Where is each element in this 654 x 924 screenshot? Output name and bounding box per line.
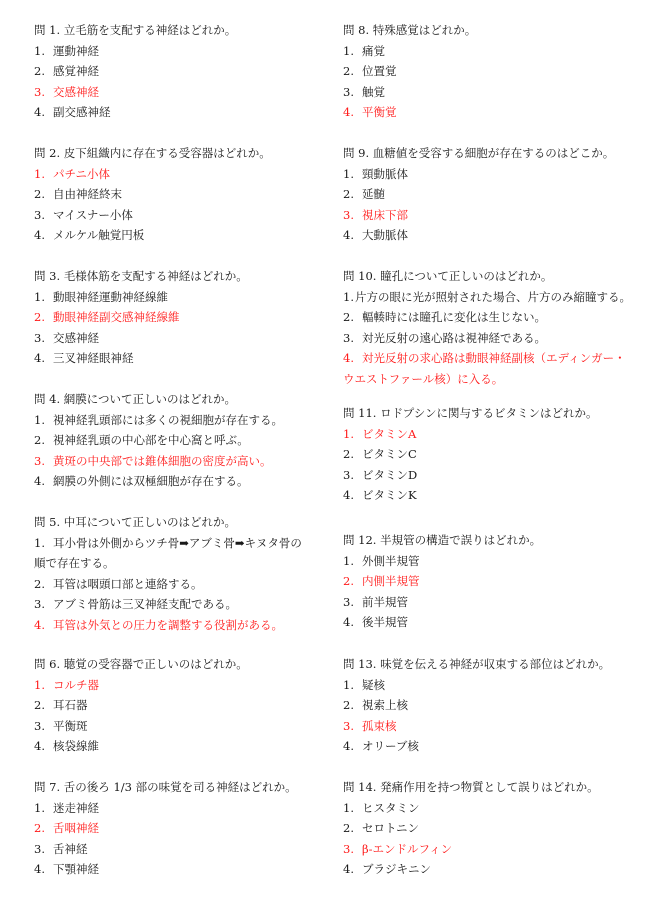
option-2: 2.延髄	[343, 184, 643, 205]
option-text: 迷走神経	[53, 798, 99, 819]
option-text: 網膜の外側には双極細胞が存在する。	[53, 471, 249, 492]
option-number: 3.	[34, 839, 53, 860]
option-text: 下顎神経	[53, 859, 99, 880]
option-text: 交感神経	[53, 328, 99, 349]
option-text: 耳石器	[53, 695, 88, 716]
option-text: 交感神経	[53, 82, 99, 103]
option-4: 4.網膜の外側には双極細胞が存在する。	[34, 471, 326, 492]
option-number: 2.	[34, 430, 53, 451]
option-number: 4.	[34, 471, 53, 492]
option-4: 4.メルケル触覚円板	[34, 225, 326, 246]
question-6: 問 6. 聴覚の受容器で正しいのはどれか。 1.コルチ器 2.耳石器 3.平衡斑…	[34, 654, 326, 757]
option-number: 3.	[343, 328, 362, 349]
option-text: 感覚神経	[53, 61, 99, 82]
option-text: 耳管は咽頭口部と連絡する。	[53, 574, 203, 595]
option-3: 3.マイスナー小体	[34, 205, 326, 226]
option-4: 4.後半規管	[343, 612, 643, 633]
option-1-correct: 1.ビタミンA	[343, 424, 643, 445]
option-text: 三叉神経眼神経	[53, 348, 134, 369]
option-1: 1.片方の眼に光が照射された場合、片方のみ縮瞳する。	[343, 287, 643, 308]
option-2: 2.セロトニン	[343, 818, 643, 839]
option-3-correct: 3.孤束核	[343, 716, 643, 737]
option-3: 3.前半規管	[343, 592, 643, 613]
option-text: ビタミンA	[362, 424, 416, 445]
option-text: 耳管は外気との圧力を調整する役割がある。	[53, 615, 283, 636]
option-text: 外側半規管	[362, 551, 420, 572]
option-number: 1.	[343, 164, 362, 185]
question-12: 問 12. 半規管の構造で誤りはどれか。 1.外側半規管 2.内側半規管 3.前…	[343, 530, 643, 633]
option-number: 1.	[343, 675, 362, 696]
option-text: オリーブ核	[362, 736, 419, 757]
option-1-correct: 1.パチニ小体	[34, 164, 326, 185]
option-4: 4.三叉神経眼神経	[34, 348, 326, 369]
option-number: 1.	[34, 164, 53, 185]
option-number: 1.	[34, 533, 53, 554]
option-4: 4.大動脈体	[343, 225, 643, 246]
option-number: 3.	[343, 592, 362, 613]
question-heading: 問 4. 網膜について正しいのはどれか。	[34, 389, 326, 410]
option-text: 片方の眼に光が照射された場合、片方のみ縮瞳する。	[355, 287, 631, 308]
option-text: アブミ骨筋は三叉神経支配である。	[53, 594, 237, 615]
option-text: 内側半規管	[362, 571, 420, 592]
option-3: 3.舌神経	[34, 839, 326, 860]
option-3: 3.ビタミンD	[343, 465, 643, 486]
option-number: 4.	[34, 225, 53, 246]
option-2: 2.自由神経終末	[34, 184, 326, 205]
option-text: 輻輳時には瞳孔に変化は生じない。	[362, 307, 546, 328]
option-4: 4.オリーブ核	[343, 736, 643, 757]
option-text: 核袋線維	[53, 736, 99, 757]
option-2: 2.耳管は咽頭口部と連絡する。	[34, 574, 326, 595]
option-4: 4.下顎神経	[34, 859, 326, 880]
option-number: 2.	[343, 61, 362, 82]
option-number: 1.	[343, 41, 362, 62]
option-text: パチニ小体	[53, 164, 110, 185]
option-2-correct: 2.動眼神経副交感神経線維	[34, 307, 326, 328]
option-1: 1.痛覚	[343, 41, 643, 62]
option-number: 2.	[34, 307, 53, 328]
option-number: 2.	[343, 307, 362, 328]
option-1: 1.頸動脈体	[343, 164, 643, 185]
option-text: 自由神経終末	[53, 184, 122, 205]
question-1: 問 1. 立毛筋を支配する神経はどれか。 1.運動神経 2.感覚神経 3.交感神…	[34, 20, 326, 123]
option-3: 3.アブミ骨筋は三叉神経支配である。	[34, 594, 326, 615]
option-number: 3.	[343, 465, 362, 486]
option-number: 4.	[34, 348, 53, 369]
option-text: 黄斑の中央部では錐体細胞の密度が高い。	[53, 451, 272, 472]
option-number: 4.	[343, 348, 362, 369]
option-number: 2.	[343, 444, 362, 465]
option-number: 1.	[34, 675, 53, 696]
option-text: マイスナー小体	[53, 205, 133, 226]
option-text: 耳小骨は外側からツチ骨➡アブミ骨➡キヌタ骨の	[53, 533, 302, 554]
question-4: 問 4. 網膜について正しいのはどれか。 1.視神経乳頭部には多くの視細胞が存在…	[34, 389, 326, 492]
question-heading: 問 14. 発痛作用を持つ物質として誤りはどれか。	[343, 777, 643, 798]
option-text: 孤束核	[362, 716, 397, 737]
option-3: 3.対光反射の遠心路は視神経である。	[343, 328, 643, 349]
option-number: 1.	[343, 424, 362, 445]
option-text: 痛覚	[362, 41, 385, 62]
option-2-correct: 2.舌咽神経	[34, 818, 326, 839]
option-4-correct: 4.対光反射の求心路は動眼神経副核（エディンガー・	[343, 348, 643, 369]
question-heading: 問 2. 皮下組織内に存在する受容器はどれか。	[34, 143, 326, 164]
question-11: 問 11. ロドプシンに関与するビタミンはどれか。 1.ビタミンA 2.ビタミン…	[343, 403, 643, 506]
option-text: 触覚	[362, 82, 385, 103]
option-number: 2.	[343, 695, 362, 716]
question-7: 問 7. 舌の後ろ 1/3 部の味覚を司る神経はどれか。 1.迷走神経 2.舌咽…	[34, 777, 326, 880]
option-4-correct: 4.耳管は外気との圧力を調整する役割がある。	[34, 615, 326, 636]
option-text: 視神経乳頭の中心部を中心窩と呼ぶ。	[53, 430, 249, 451]
option-text: ヒスタミン	[362, 798, 420, 819]
option-3-correct: 3.視床下部	[343, 205, 643, 226]
option-3: 3.交感神経	[34, 328, 326, 349]
option-2: 2.視索上核	[343, 695, 643, 716]
option-1: 1.視神経乳頭部には多くの視細胞が存在する。	[34, 410, 326, 431]
option-number: 3.	[343, 205, 362, 226]
option-text: 舌神経	[53, 839, 88, 860]
option-number: 2.	[343, 818, 362, 839]
question-heading: 問 5. 中耳について正しいのはどれか。	[34, 512, 326, 533]
question-10: 問 10. 瞳孔について正しいのはどれか。 1.片方の眼に光が照射された場合、片…	[343, 266, 643, 390]
option-number: 4.	[343, 485, 362, 506]
option-text: β-エンドルフィン	[362, 839, 452, 860]
option-number: 4.	[34, 736, 53, 757]
option-text: 視神経乳頭部には多くの視細胞が存在する。	[53, 410, 283, 431]
option-text: 動眼神経副交感神経線維	[53, 307, 180, 328]
question-heading: 問 12. 半規管の構造で誤りはどれか。	[343, 530, 643, 551]
question-heading: 問 1. 立毛筋を支配する神経はどれか。	[34, 20, 326, 41]
question-heading: 問 11. ロドプシンに関与するビタミンはどれか。	[343, 403, 643, 424]
option-2: 2.ビタミンC	[343, 444, 643, 465]
option-number: 3.	[34, 716, 53, 737]
option-4-continuation: ウエストファール核）に入る。	[343, 369, 643, 390]
option-3: 3.平衡斑	[34, 716, 326, 737]
option-number: 3.	[34, 451, 53, 472]
option-text: 疑核	[362, 675, 385, 696]
option-text: メルケル触覚円板	[53, 225, 144, 246]
option-4: 4.副交感神経	[34, 102, 326, 123]
question-heading: 問 6. 聴覚の受容器で正しいのはどれか。	[34, 654, 326, 675]
option-number: 4.	[343, 225, 362, 246]
option-text: 平衡覚	[362, 102, 397, 123]
option-number: 4.	[343, 859, 362, 880]
option-2: 2.位置覚	[343, 61, 643, 82]
option-number: 1.	[34, 287, 53, 308]
option-number: 1.	[343, 551, 362, 572]
option-text: 平衡斑	[53, 716, 88, 737]
option-number: 4.	[343, 736, 362, 757]
option-number: 1.	[343, 287, 355, 308]
option-text: 舌咽神経	[53, 818, 99, 839]
option-number: 1.	[343, 798, 362, 819]
option-number: 3.	[34, 82, 53, 103]
option-1: 1.外側半規管	[343, 551, 643, 572]
option-1: 1.耳小骨は外側からツチ骨➡アブミ骨➡キヌタ骨の	[34, 533, 326, 554]
option-text: 運動神経	[53, 41, 99, 62]
option-4: 4.ブラジキニン	[343, 859, 643, 880]
option-number: 3.	[34, 205, 53, 226]
option-text: 後半規管	[362, 612, 408, 633]
option-1: 1.動眼神経運動神経線維	[34, 287, 326, 308]
option-text: 対光反射の遠心路は視神経である。	[362, 328, 546, 349]
option-number: 3.	[343, 82, 362, 103]
option-number: 4.	[34, 102, 53, 123]
option-2: 2.視神経乳頭の中心部を中心窩と呼ぶ。	[34, 430, 326, 451]
option-number: 4.	[343, 102, 362, 123]
option-number: 1.	[34, 410, 53, 431]
question-13: 問 13. 味覚を伝える神経が収束する部位はどれか。 1.疑核 2.視索上核 3…	[343, 654, 643, 757]
option-number: 2.	[34, 574, 53, 595]
option-2: 2.耳石器	[34, 695, 326, 716]
option-2: 2.感覚神経	[34, 61, 326, 82]
option-text: 視床下部	[362, 205, 408, 226]
option-number: 3.	[343, 839, 362, 860]
option-1: 1.運動神経	[34, 41, 326, 62]
option-1-continuation: 順で存在する。	[34, 553, 326, 574]
option-number: 4.	[34, 615, 53, 636]
option-text: セロトニン	[362, 818, 419, 839]
option-1: 1.疑核	[343, 675, 643, 696]
option-number: 3.	[34, 328, 53, 349]
question-heading: 問 8. 特殊感覚はどれか。	[343, 20, 643, 41]
option-number: 2.	[34, 818, 53, 839]
option-text: 位置覚	[362, 61, 397, 82]
option-1: 1.迷走神経	[34, 798, 326, 819]
option-number: 2.	[34, 61, 53, 82]
option-text: 副交感神経	[53, 102, 111, 123]
option-2: 2.輻輳時には瞳孔に変化は生じない。	[343, 307, 643, 328]
option-text: 対光反射の求心路は動眼神経副核（エディンガー・	[362, 348, 626, 369]
question-heading: 問 7. 舌の後ろ 1/3 部の味覚を司る神経はどれか。	[34, 777, 326, 798]
option-number: 2.	[343, 184, 362, 205]
question-heading: 問 3. 毛様体筋を支配する神経はどれか。	[34, 266, 326, 287]
option-number: 3.	[343, 716, 362, 737]
question-14: 問 14. 発痛作用を持つ物質として誤りはどれか。 1.ヒスタミン 2.セロトニ…	[343, 777, 643, 880]
question-2: 問 2. 皮下組織内に存在する受容器はどれか。 1.パチニ小体 2.自由神経終末…	[34, 143, 326, 246]
option-number: 2.	[343, 571, 362, 592]
option-4-correct: 4.平衡覚	[343, 102, 643, 123]
option-number: 4.	[343, 612, 362, 633]
option-text: 動眼神経運動神経線維	[53, 287, 168, 308]
option-2-correct: 2.内側半規管	[343, 571, 643, 592]
option-number: 1.	[34, 798, 53, 819]
question-8: 問 8. 特殊感覚はどれか。 1.痛覚 2.位置覚 3.触覚 4.平衡覚	[343, 20, 643, 123]
question-heading: 問 13. 味覚を伝える神経が収束する部位はどれか。	[343, 654, 643, 675]
question-5: 問 5. 中耳について正しいのはどれか。 1.耳小骨は外側からツチ骨➡アブミ骨➡…	[34, 512, 326, 636]
option-text: ビタミンD	[362, 465, 417, 486]
option-text: ビタミンC	[362, 444, 417, 465]
question-3: 問 3. 毛様体筋を支配する神経はどれか。 1.動眼神経運動神経線維 2.動眼神…	[34, 266, 326, 369]
option-number: 1.	[34, 41, 53, 62]
option-text: コルチ器	[53, 675, 99, 696]
option-number: 4.	[34, 859, 53, 880]
option-number: 2.	[34, 184, 53, 205]
option-text: 延髄	[362, 184, 385, 205]
option-3: 3.触覚	[343, 82, 643, 103]
option-1: 1.ヒスタミン	[343, 798, 643, 819]
option-text: 前半規管	[362, 592, 408, 613]
option-3-correct: 3.β-エンドルフィン	[343, 839, 643, 860]
option-1-correct: 1.コルチ器	[34, 675, 326, 696]
option-text: 大動脈体	[362, 225, 408, 246]
option-4: 4.ビタミンK	[343, 485, 643, 506]
question-9: 問 9. 血糖値を受容する細胞が存在するのはどこか。 1.頸動脈体 2.延髄 3…	[343, 143, 643, 246]
question-heading: 問 9. 血糖値を受容する細胞が存在するのはどこか。	[343, 143, 643, 164]
option-4: 4.核袋線維	[34, 736, 326, 757]
option-text: ブラジキニン	[362, 859, 431, 880]
question-heading: 問 10. 瞳孔について正しいのはどれか。	[343, 266, 643, 287]
option-number: 3.	[34, 594, 53, 615]
option-text: ビタミンK	[362, 485, 417, 506]
option-3-correct: 3.黄斑の中央部では錐体細胞の密度が高い。	[34, 451, 326, 472]
option-3-correct: 3.交感神経	[34, 82, 326, 103]
option-text: 視索上核	[362, 695, 408, 716]
option-number: 2.	[34, 695, 53, 716]
option-text: 頸動脈体	[362, 164, 408, 185]
